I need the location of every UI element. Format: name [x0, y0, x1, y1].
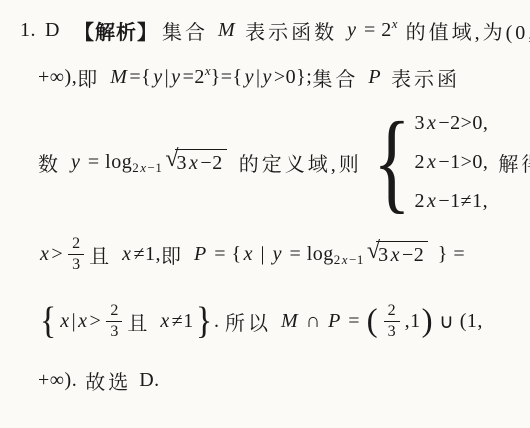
left-paren: (: [366, 305, 379, 338]
math-var: y: [151, 66, 164, 89]
text-run: 解得: [498, 148, 530, 177]
math-run: (1,: [460, 310, 483, 333]
math-var: y: [243, 66, 256, 89]
math-op: >: [51, 243, 63, 266]
superscript: x: [205, 63, 211, 79]
math-var: M: [216, 19, 237, 42]
math-var: y: [271, 243, 284, 266]
text-run: 的定义域,则: [231, 148, 362, 177]
solution-line-6: +∞). 故选 D.: [38, 356, 526, 404]
math-var: P: [326, 310, 343, 333]
solution-document: 1. D 【解析】 集合 M 表示函数 y = 2 x 的值域,为(0, +∞)…: [0, 0, 530, 428]
left-brace: {: [39, 302, 57, 340]
math-op: =: [82, 151, 105, 174]
math-var: x: [38, 243, 51, 266]
math-var: x: [76, 310, 89, 333]
math-op: =: [359, 19, 382, 42]
solution-line-5: { x | x > 2 3 且 x ≠1 } . 所以 M ∩ P = ( 2 …: [38, 286, 526, 356]
math-var: M: [108, 66, 129, 89]
sub-num: −1: [148, 160, 163, 175]
right-brace: }: [195, 302, 213, 340]
subscript: 2x−1: [132, 160, 162, 176]
numerator: 2: [106, 302, 122, 322]
math-run: =2: [183, 66, 205, 89]
text-run: 表示函: [383, 63, 460, 92]
math-var: x: [158, 310, 171, 333]
fraction: 2 3: [106, 302, 122, 341]
math-run: −2: [402, 244, 424, 266]
right-paren: ): [421, 305, 434, 338]
math-num: 2: [381, 19, 392, 42]
denominator: 3: [388, 322, 396, 341]
radicand: 3x−2: [376, 241, 428, 267]
radical: √ 3x−2: [165, 149, 226, 175]
problem-number: 1.: [20, 19, 36, 42]
math-var: x: [120, 243, 133, 266]
math-num: 2: [414, 190, 425, 213]
math-run: −2: [200, 152, 222, 174]
system-row: 3x−2>0,: [414, 112, 530, 135]
math-var: x: [425, 190, 438, 213]
sub-num: −1: [349, 252, 364, 267]
fraction: 2 3: [384, 302, 400, 341]
text-run: 即: [77, 63, 108, 92]
log-function: log: [307, 243, 334, 266]
math-run: −2>0,: [438, 112, 488, 135]
answer-choice: D.: [139, 369, 159, 392]
solution-line-3: 数 y = log 2x−1 √ 3x−2 的定义域,则 { 3x−2>0, 2…: [38, 102, 526, 222]
math-op: ={: [129, 66, 151, 89]
text-run: 表示函数: [237, 16, 345, 45]
math-var: x: [389, 244, 402, 266]
math-num: 2: [414, 151, 425, 174]
inequality-system: { 3x−2>0, 2x−1>0,解得 2x−1≠1,: [365, 106, 530, 218]
union-symbol: ∪: [434, 309, 460, 334]
math-var: M: [279, 310, 300, 333]
radical-sign: √: [367, 239, 380, 263]
math-run: = {: [209, 243, 242, 266]
math-run: ≠1: [172, 310, 194, 333]
text-run: 的值域,为(0,: [398, 16, 530, 45]
math-var: x: [425, 151, 438, 174]
math-var: x: [425, 112, 438, 135]
answer-letter: D: [45, 19, 60, 42]
math-op: >: [90, 310, 102, 333]
denominator: 3: [110, 322, 118, 341]
text-run: 集合: [312, 63, 366, 92]
math-run: −1≠1,: [438, 190, 488, 213]
denominator: 3: [72, 255, 80, 274]
math-var: P: [192, 243, 209, 266]
text-run: 故选: [77, 366, 139, 395]
math-run: +∞).: [38, 369, 77, 392]
intersection-symbol: ∩: [300, 310, 326, 333]
system-row: 2x−1>0,解得: [414, 148, 530, 177]
math-run: } =: [432, 243, 465, 266]
system-brace: {: [373, 106, 411, 218]
fraction: 2 3: [68, 235, 84, 274]
math-var: y: [69, 151, 82, 174]
solution-line-4: x > 2 3 且 x ≠1, 即 P = { x | y = log 2x−1…: [38, 222, 526, 286]
math-var: y: [169, 66, 182, 89]
sub-num: 2: [132, 160, 139, 175]
math-run: ≠1,: [134, 243, 161, 266]
radicand: 3x−2: [175, 149, 227, 175]
math-op: =: [343, 310, 366, 333]
math-op: |: [255, 243, 271, 266]
math-var: y: [345, 19, 358, 42]
text-run: 即: [161, 240, 192, 269]
analysis-tag: 【解析】: [74, 16, 158, 45]
math-run: >0};: [274, 66, 312, 89]
numerator: 2: [68, 235, 84, 255]
math-num: 3: [414, 112, 425, 135]
math-run: +∞),: [38, 66, 77, 89]
math-run: }={: [211, 66, 243, 89]
math-op: =: [284, 243, 307, 266]
system-row: 2x−1≠1,: [414, 190, 530, 213]
math-var: y: [261, 66, 274, 89]
subscript: 2x−1: [334, 252, 364, 268]
superscript: x: [392, 16, 398, 32]
log-function: log: [105, 151, 132, 174]
solution-line-2: +∞), 即 M ={ y | y =2 x }={ y | y >0}; 集合…: [38, 52, 526, 102]
text-run: 所以: [225, 307, 279, 336]
math-run: ,1: [405, 310, 421, 333]
math-var: x: [187, 152, 200, 174]
math-var: x: [242, 243, 255, 266]
radical-sign: √: [165, 147, 178, 171]
math-var: P: [366, 66, 383, 89]
system-rows: 3x−2>0, 2x−1>0,解得 2x−1≠1,: [414, 112, 530, 213]
text-run: 且: [89, 240, 120, 269]
text-run: 数: [38, 148, 69, 177]
text-run: 且: [127, 307, 158, 336]
solution-line-1: 1. D 【解析】 集合 M 表示函数 y = 2 x 的值域,为(0,: [20, 8, 526, 52]
math-run: −1>0,: [438, 151, 488, 174]
sub-num: 2: [334, 252, 341, 267]
punctuation: .: [214, 310, 225, 333]
radical: √ 3x−2: [367, 241, 428, 267]
text-run: 集合: [162, 16, 216, 45]
math-var: x: [58, 310, 71, 333]
numerator: 2: [384, 302, 400, 322]
